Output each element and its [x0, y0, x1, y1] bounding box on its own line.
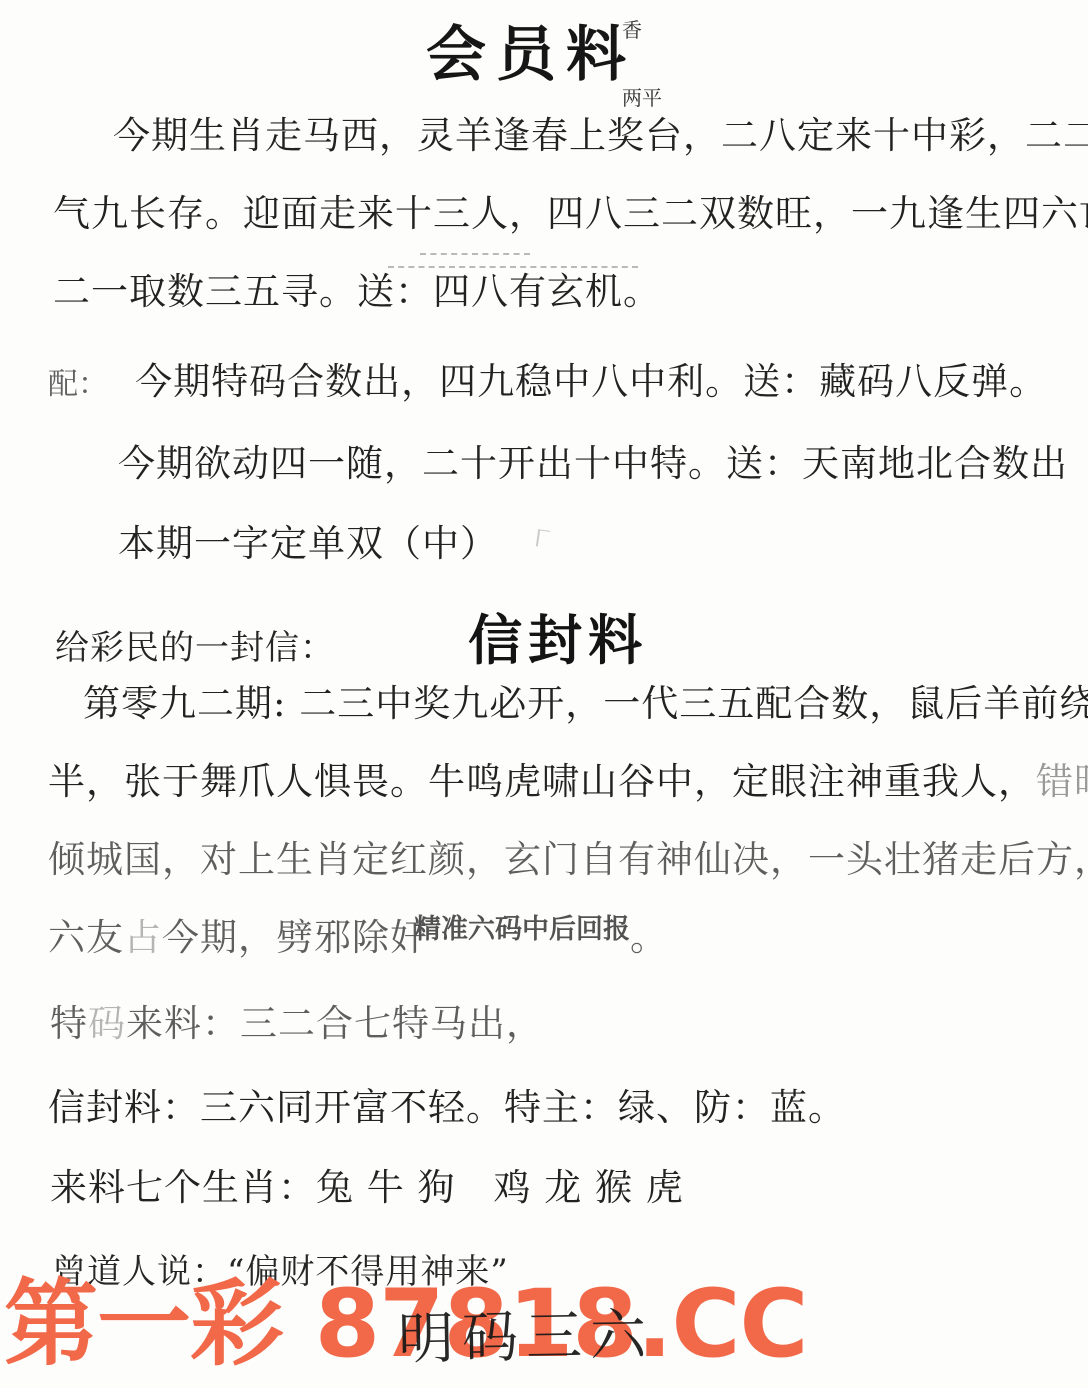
envelope-line-1: 第零九二期: 二三中奖九必开，一代三五配合数，鼠后羊前绕圈 — [83, 680, 1088, 728]
special-tip-a: 特 — [50, 1002, 88, 1045]
envelope-line-2-main: 半，张于舞爪人惧畏。牛鸣虎啸山谷中，定眼注神重我人， — [48, 760, 1036, 803]
envelope-line-4: 六友占今期，劈邪除奸精准六码中后回报。 — [48, 914, 668, 962]
title-annotation-bottom: 两平 — [622, 88, 662, 108]
pei-row: 配： 今期特码合数出，四九稳中八中利。送：藏码八反弹。 — [48, 358, 1047, 406]
envelope-line-4c: 今期，劈邪除奸 — [162, 916, 428, 959]
envelope-tip-line: 信封料：三六同开富不轻。特主：绿、防：蓝。 — [48, 1084, 846, 1132]
member-line-6: 本期一字定单双（中） — [118, 520, 498, 568]
member-line-1: 今期生肖走马西，灵羊逢春上奖台，二八定来十中彩，二二浩 — [113, 112, 1088, 160]
title-annotation: 香 两平 — [622, 20, 662, 108]
scan-smudge — [536, 529, 550, 548]
special-tip-line: 特码来料：三二合七特马出， — [50, 1000, 544, 1048]
page-title-text: 会员料 — [426, 22, 636, 88]
precision-stamp: 精准六码中后回报 — [414, 912, 630, 947]
pei-text: 今期特码合数出，四九稳中八中利。送：藏码八反弹。 — [135, 360, 1047, 403]
special-tip-b: 码 — [88, 1002, 126, 1045]
envelope-intro-row: 给彩民的一封信： 信封料 — [55, 598, 648, 675]
pei-label: 配： — [48, 367, 108, 402]
scanned-document: 会员料 香 两平 今期生肖走马西，灵羊逢春上奖台，二八定来十中彩，二二浩 气九长… — [0, 0, 1088, 1388]
envelope-heading: 信封料 — [468, 608, 648, 672]
member-line-3: 二一取数三五寻。送：四八有玄机。 — [53, 268, 661, 316]
title-annotation-top: 香 — [622, 20, 662, 40]
envelope-line-2-faded: 错时一点 — [1036, 760, 1088, 803]
envelope-line-4b: 占 — [124, 916, 162, 959]
envelope-line-4-tail: 。 — [630, 916, 668, 959]
envelope-line-4a: 六友 — [48, 916, 124, 959]
member-line-2: 气九长存。迎面走来十三人，四八三二双数旺，一九逢生四六亡， — [53, 190, 1088, 238]
special-tip-c: 来料：三二合七特马出， — [126, 1002, 544, 1045]
page-title: 会员料 香 两平 — [0, 22, 1088, 108]
envelope-line-3: 倾城国，对上生肖定红颜，玄门自有神仙决，一头壮猪走后方，四亲 — [48, 836, 1088, 884]
zodiac-tip-line: 来料七个生肖：兔 牛 狗 鸡 龙 猴 虎 — [50, 1164, 684, 1212]
member-line-5: 今期欲动四一随，二十开出十中特。送：天南地北合数出 — [118, 440, 1068, 488]
envelope-line-2: 半，张于舞爪人惧畏。牛鸣虎啸山谷中，定眼注神重我人，错时一点 — [48, 758, 1088, 806]
scan-artifact — [420, 253, 530, 255]
hidden-handwriting: 明码三六 — [397, 1291, 654, 1375]
envelope-intro-label: 给彩民的一封信： — [55, 628, 335, 668]
